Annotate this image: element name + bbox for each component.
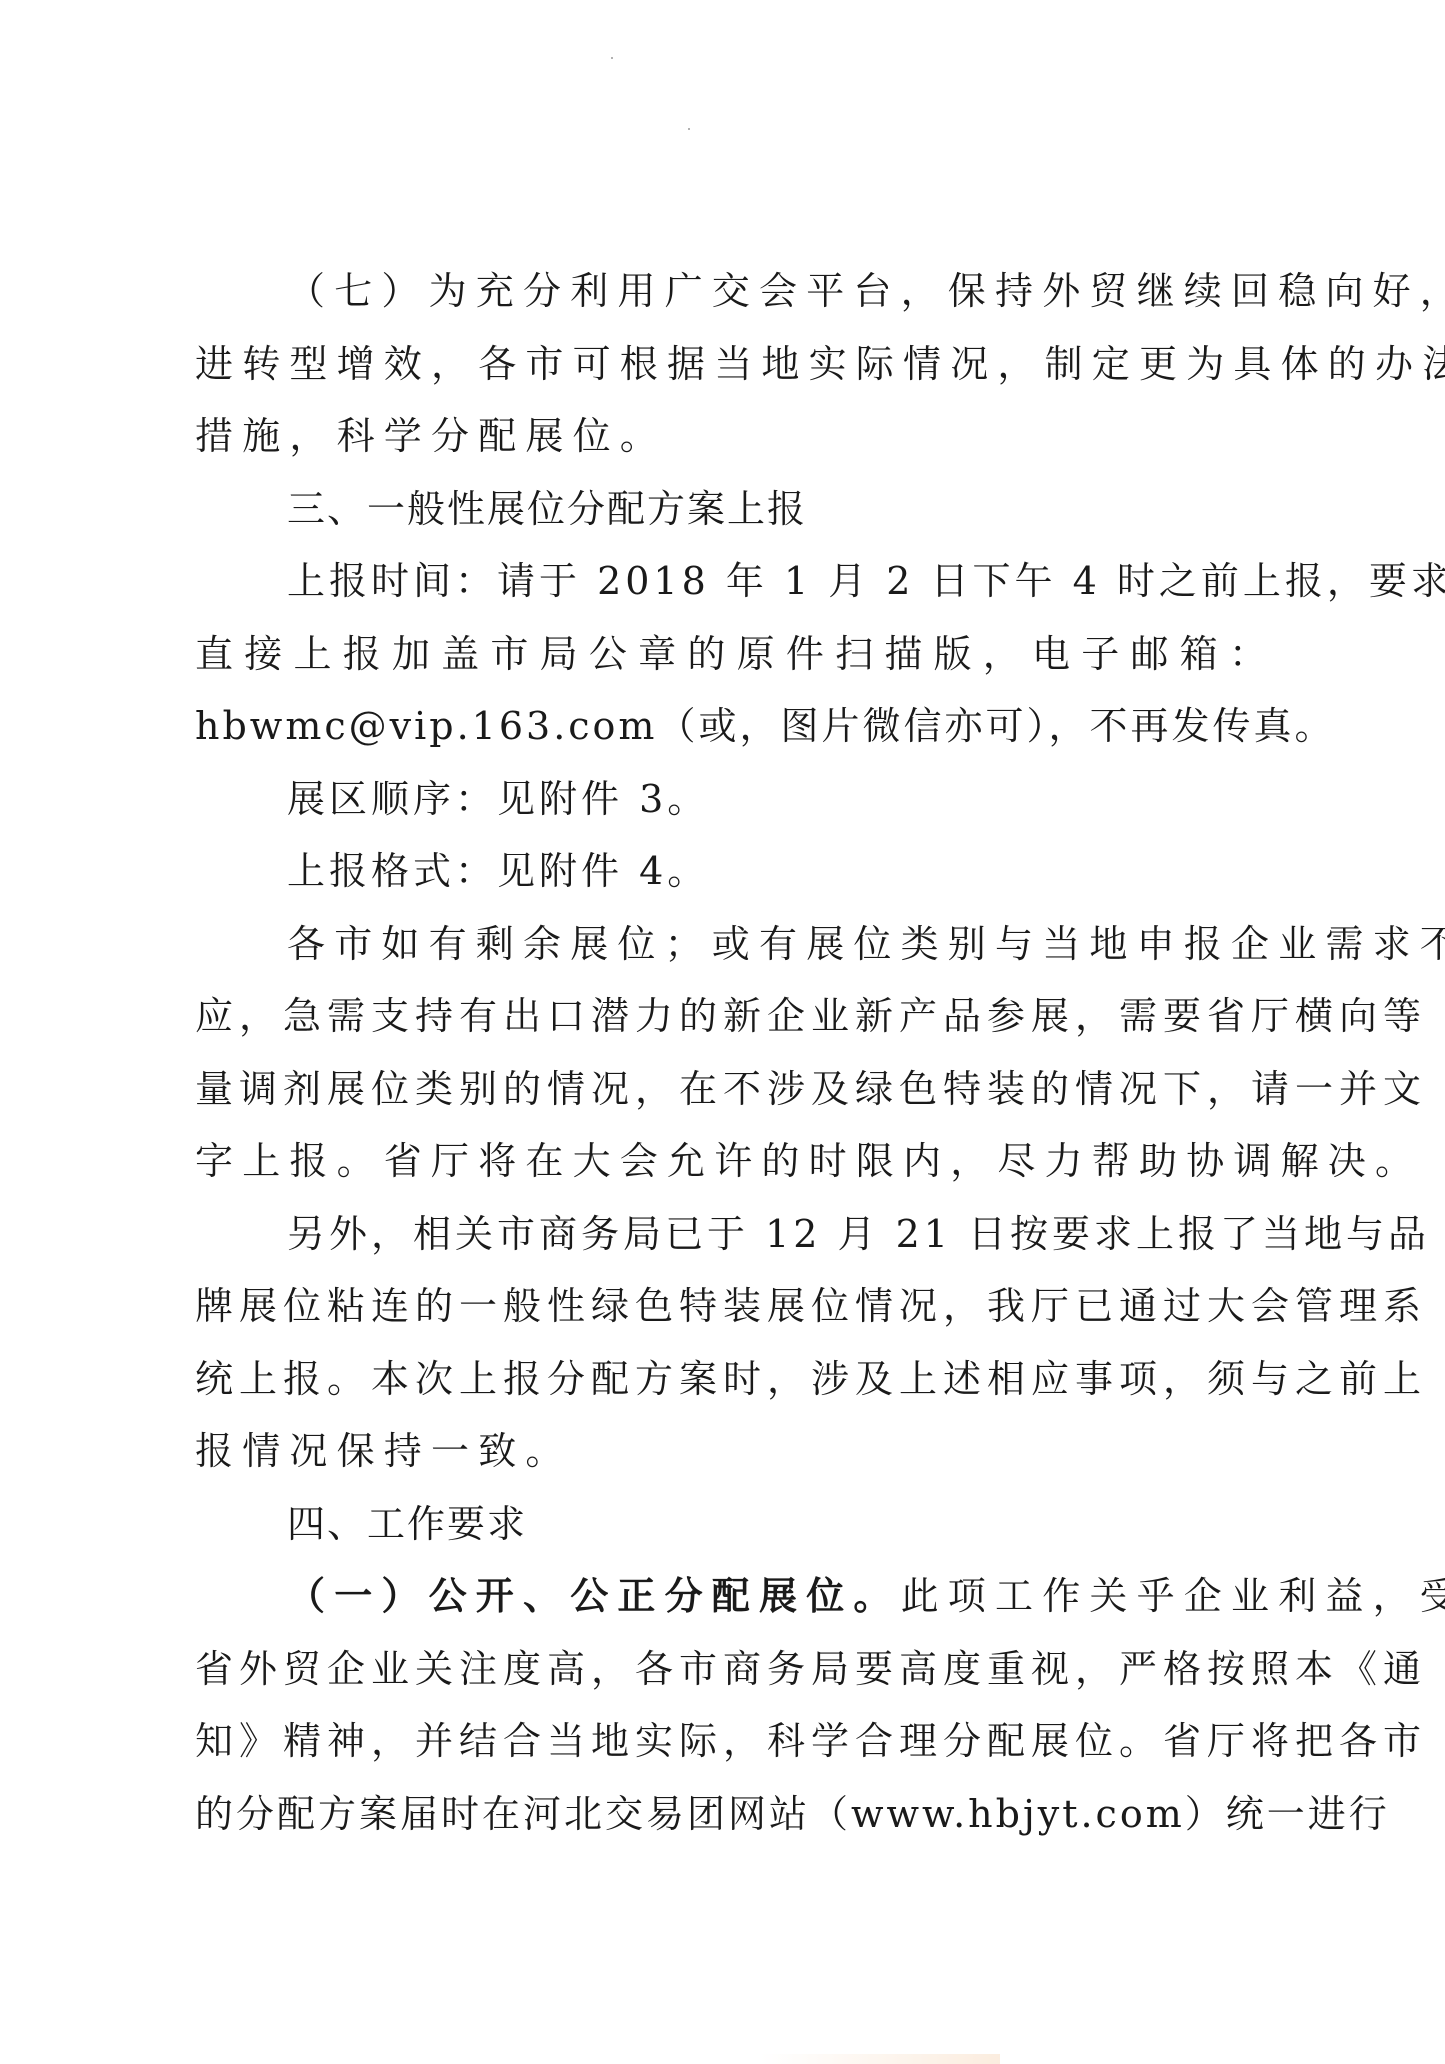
paragraph-line: 各市如有剩余展位；或有展位类别与当地申报企业需求不对 <box>195 908 1267 981</box>
paragraph-line: 进转型增效，各市可根据当地实际情况，制定更为具体的办法和 <box>195 328 1267 401</box>
scan-speck <box>688 128 690 130</box>
paragraph-line: 统上报。本次上报分配方案时，涉及上述相应事项，须与之前上 <box>195 1343 1267 1416</box>
scan-speck <box>611 57 613 59</box>
section-heading: 四、工作要求 <box>195 1488 1267 1561</box>
paragraph-line: （七）为充分利用广交会平台，保持外贸继续回稳向好，促 <box>195 255 1267 328</box>
paragraph-line: 上报格式：见附件 4。 <box>195 835 1267 908</box>
paragraph-line: 省外贸企业关注度高，各市商务局要高度重视，严格按照本《通 <box>195 1633 1267 1706</box>
paragraph-line: 措施，科学分配展位。 <box>195 400 1267 473</box>
document-body: （七）为充分利用广交会平台，保持外贸继续回稳向好，促 进转型增效，各市可根据当地… <box>195 255 1267 1850</box>
paragraph-line: 另外，相关市商务局已于 12 月 21 日按要求上报了当地与品 <box>195 1198 1267 1271</box>
paragraph-line: 展区顺序：见附件 3。 <box>195 763 1267 836</box>
section-heading: 三、一般性展位分配方案上报 <box>195 473 1267 546</box>
paragraph-line: 报情况保持一致。 <box>195 1415 1267 1488</box>
paragraph-line: （一）公开、公正分配展位。此项工作关乎企业利益，受全 <box>195 1560 1267 1633</box>
paragraph-line: 应，急需支持有出口潜力的新企业新产品参展，需要省厅横向等 <box>195 980 1267 1053</box>
paragraph-line: 直接上报加盖市局公章的原件扫描版，电子邮箱： <box>195 618 1267 691</box>
paragraph-line: 上报时间：请于 2018 年 1 月 2 日下午 4 时之前上报，要求 <box>195 545 1267 618</box>
paragraph-text: 此项工作关乎企业利益，受全 <box>901 1574 1445 1618</box>
subsection-title: （一）公开、公正分配展位。 <box>287 1573 901 1618</box>
paragraph-line: 字上报。省厅将在大会允许的时限内，尽力帮助协调解决。 <box>195 1125 1267 1198</box>
paragraph-line: 的分配方案届时在河北交易团网站（www.hbjyt.com）统一进行 <box>195 1778 1267 1851</box>
scan-edge-tint <box>760 2054 1000 2064</box>
paragraph-line: 牌展位粘连的一般性绿色特装展位情况，我厅已通过大会管理系 <box>195 1270 1267 1343</box>
email-line: hbwmc@vip.163.com（或，图片微信亦可），不再发传真。 <box>195 690 1267 763</box>
paragraph-line: 量调剂展位类别的情况，在不涉及绿色特装的情况下，请一并文 <box>195 1053 1267 1126</box>
paragraph-line: 知》精神，并结合当地实际，科学合理分配展位。省厅将把各市 <box>195 1705 1267 1778</box>
